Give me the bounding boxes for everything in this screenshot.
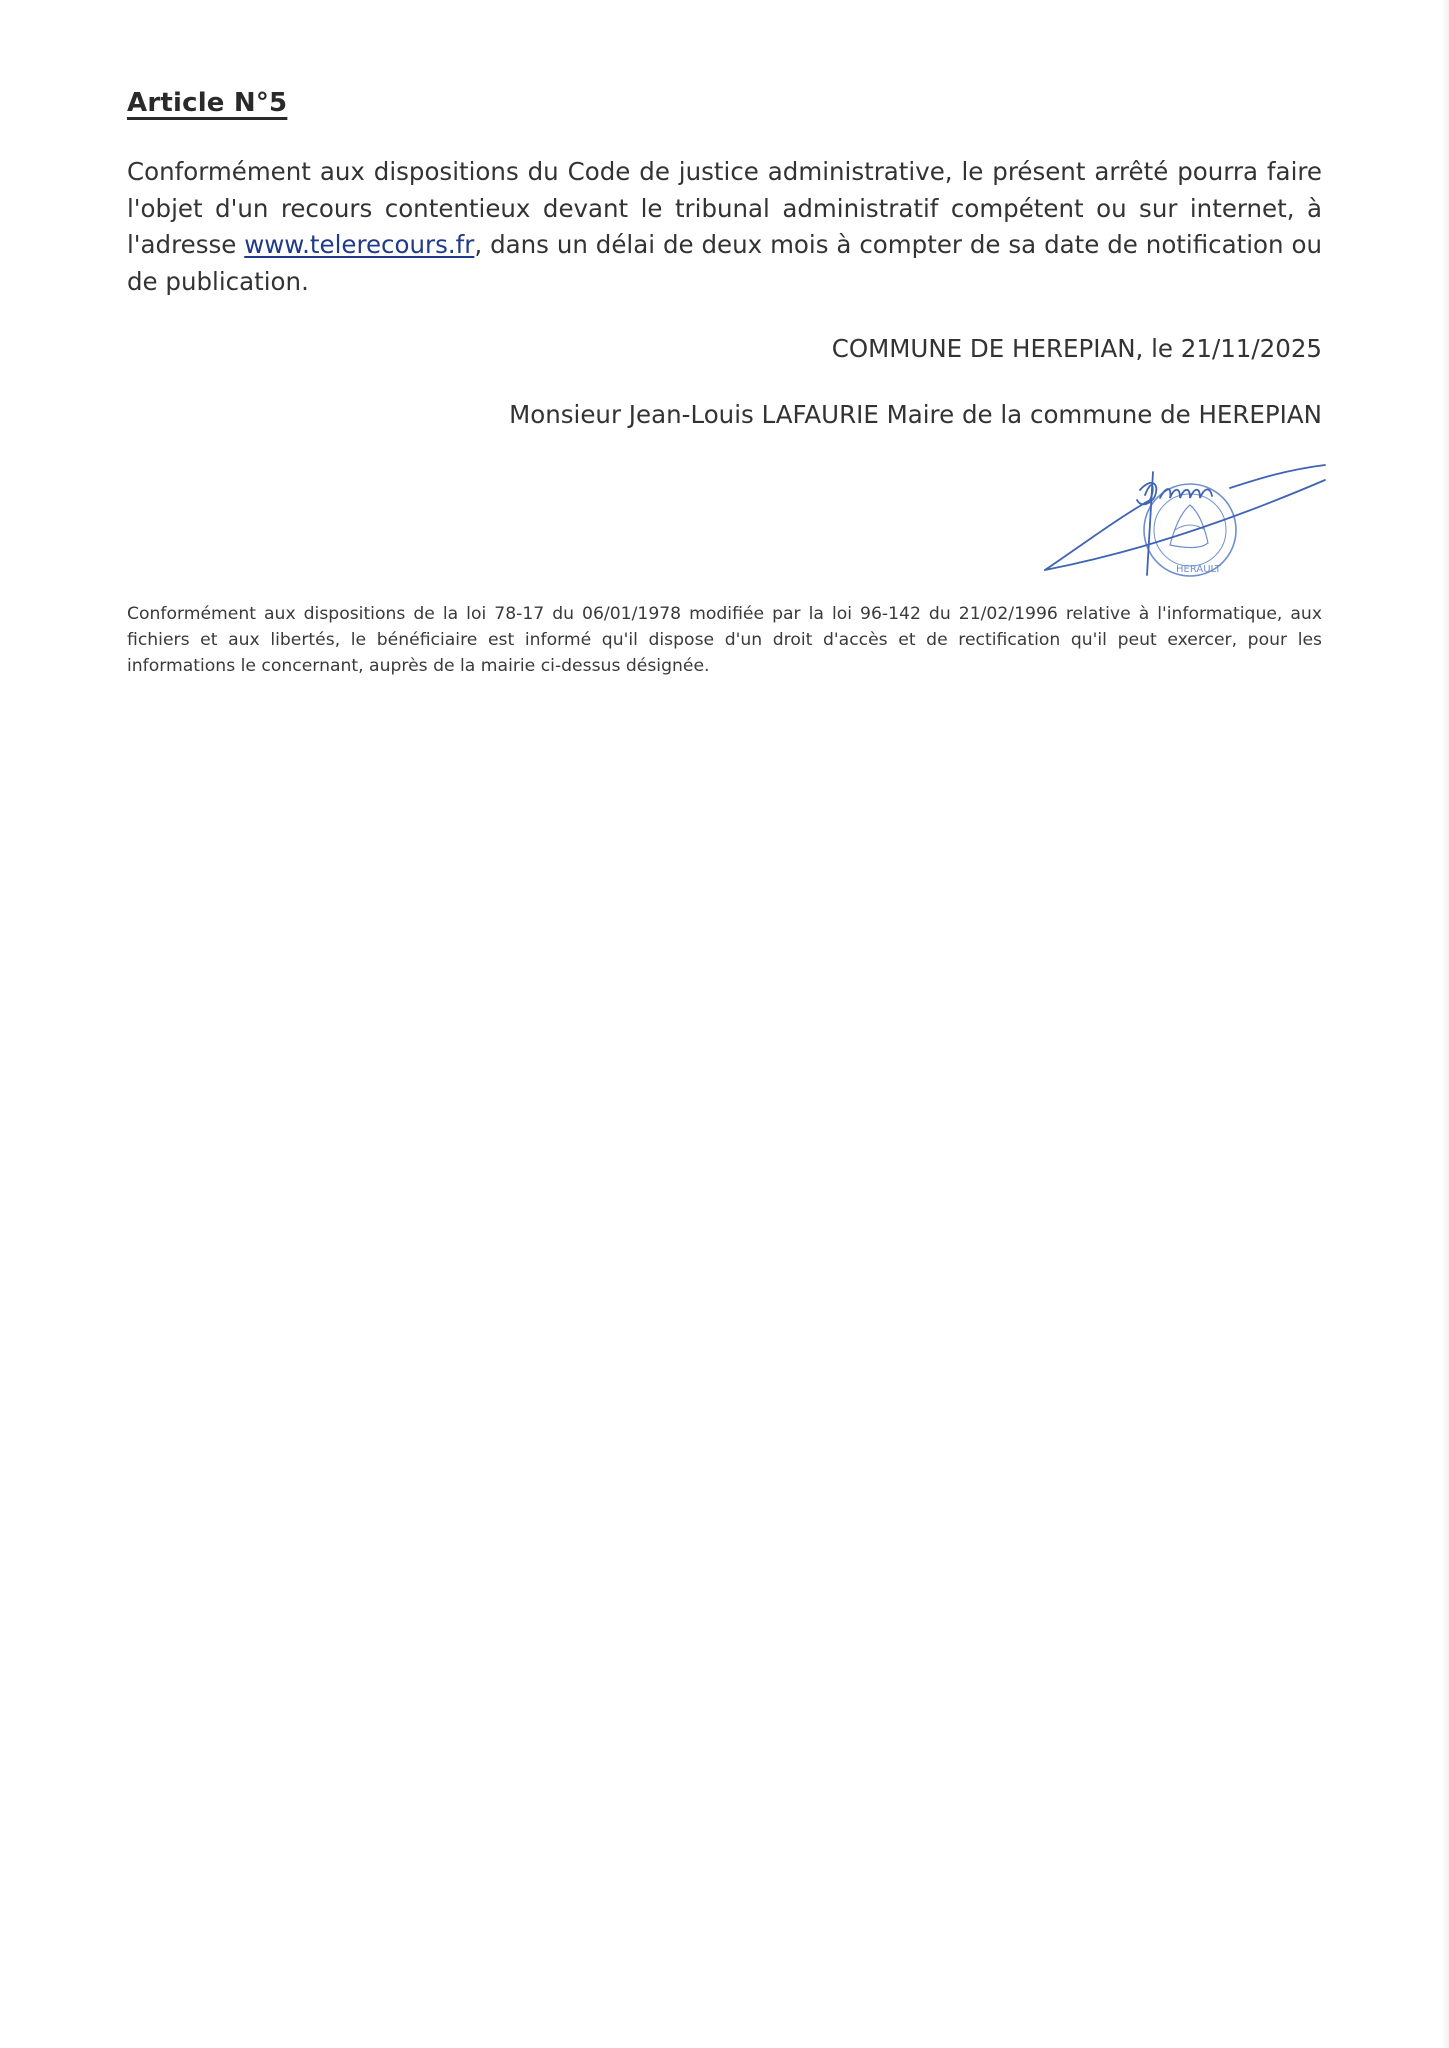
signature-stamp-image: HERAULT — [1035, 460, 1335, 600]
appeal-paragraph: Conformément aux dispositions du Code de… — [127, 154, 1322, 300]
data-protection-footnote: Conformément aux dispositions de la loi … — [127, 601, 1322, 679]
article-title: Article N°5 — [127, 88, 287, 118]
telerecours-link[interactable]: www.telerecours.fr — [244, 230, 474, 259]
place-date: COMMUNE DE HEREPIAN, le 21/11/2025 — [832, 334, 1322, 363]
svg-text:HERAULT: HERAULT — [1176, 564, 1222, 575]
page-edge — [1441, 0, 1449, 2048]
signature-icon — [1045, 465, 1325, 575]
signatory: Monsieur Jean-Louis LAFAURIE Maire de la… — [509, 400, 1322, 429]
